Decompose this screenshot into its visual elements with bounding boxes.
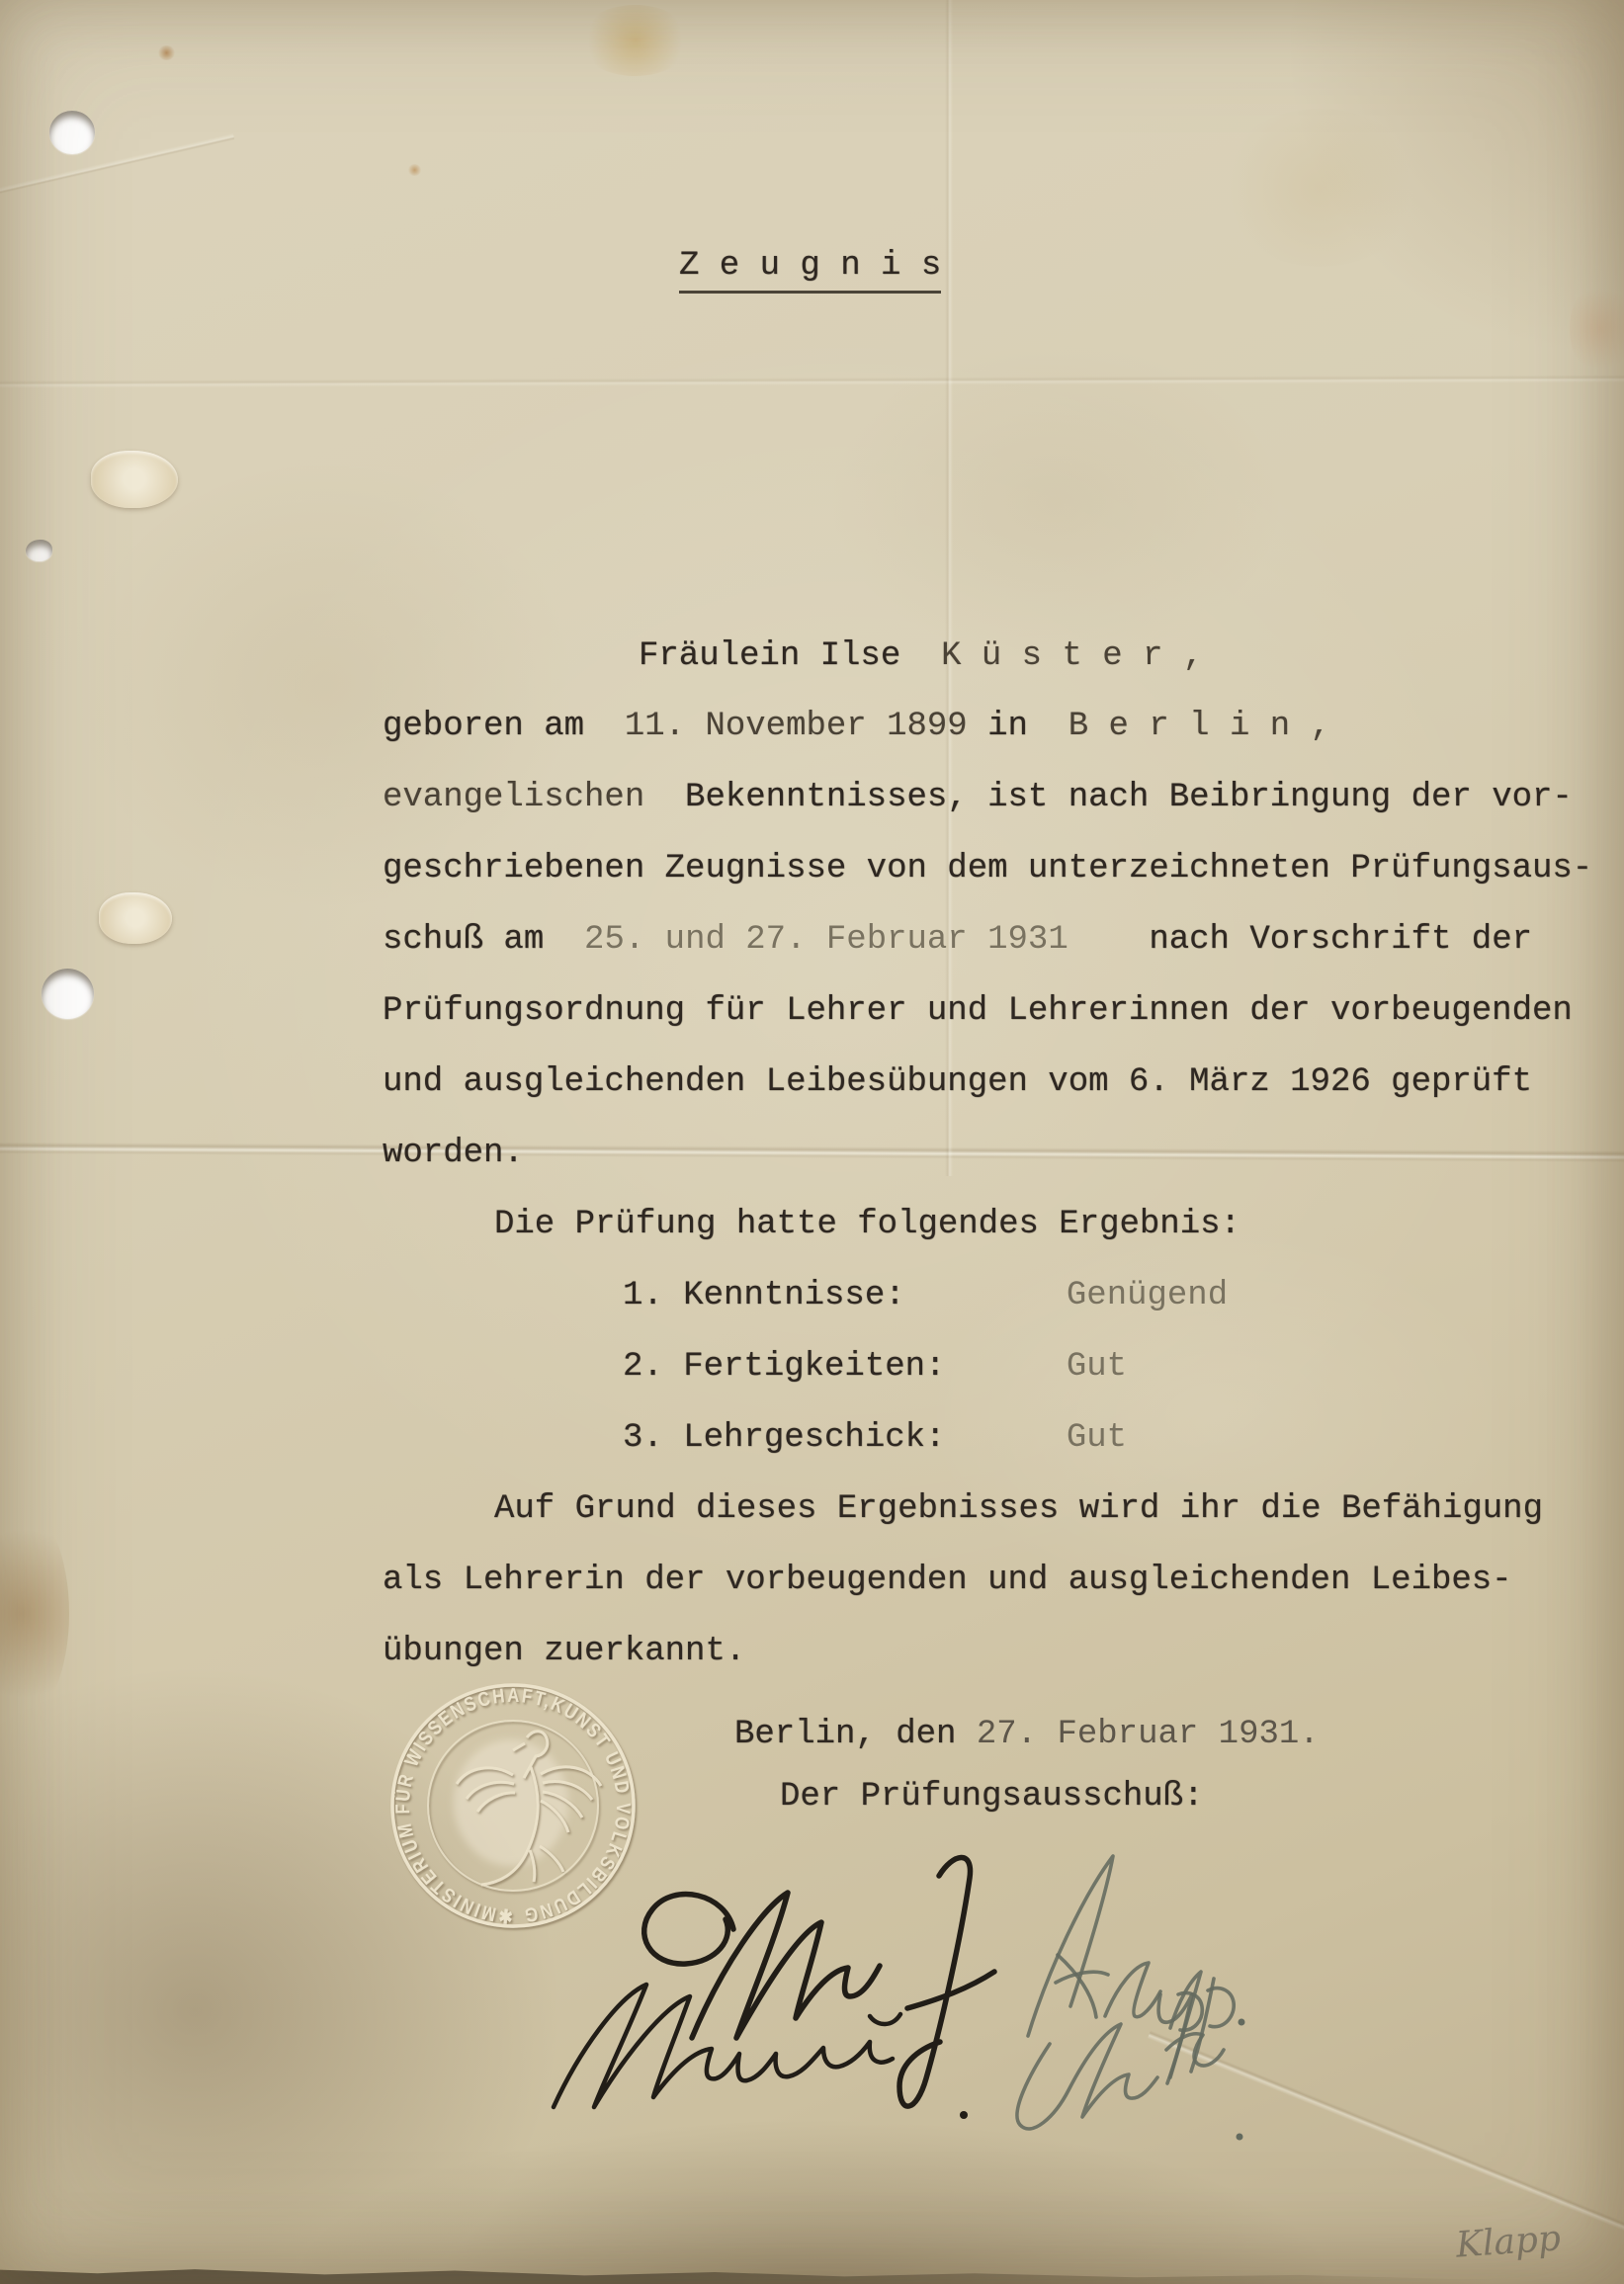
stain-top-center bbox=[578, 5, 692, 76]
result-gap-1 bbox=[905, 1277, 1067, 1314]
result-item-1: 1. Kenntnisse: Genügend bbox=[623, 1277, 1228, 1315]
line-salutation: Fräulein Ilse K ü s t e r , bbox=[639, 637, 1203, 676]
line-confession: evangelischen Bekenntnisses, ist nach Be… bbox=[383, 779, 1573, 817]
conclusion-line-2: als Lehrerin der vorbeugenden und ausgle… bbox=[383, 1562, 1512, 1600]
line-exam-dates: schuß am 25. und 27. Februar 1931 nach V… bbox=[383, 921, 1532, 960]
line-committee: Der Prüfungsausschuß: bbox=[780, 1778, 1203, 1817]
recipient-name: K ü s t e r , bbox=[941, 637, 1203, 675]
result-gap-2 bbox=[945, 1348, 1066, 1386]
birth-mid: in bbox=[968, 708, 1068, 745]
punch-hole-bottom bbox=[42, 969, 94, 1019]
pencil-signatures bbox=[979, 1828, 1275, 2155]
result-label-2: 2. Fertigkeiten: bbox=[623, 1348, 945, 1386]
stain-foxing bbox=[1216, 109, 1423, 267]
result-label-1: 1. Kenntnisse: bbox=[623, 1277, 905, 1314]
surface-damage-2 bbox=[99, 892, 172, 944]
results-heading: Die Prüfung hatte folgendes Ergebnis: bbox=[494, 1206, 1240, 1244]
ink-signature-1 bbox=[644, 1857, 994, 2106]
birth-prefix: geboren am bbox=[383, 708, 625, 745]
place-prefix: Berlin, den bbox=[734, 1716, 977, 1753]
stain-left-edge bbox=[0, 1507, 69, 1720]
edge-tear-hole bbox=[26, 540, 52, 561]
exam-dates-value: 25. und 27. Februar 1931 bbox=[584, 921, 1068, 959]
result-grade-2: Gut bbox=[1067, 1348, 1127, 1386]
result-grade-1: Genügend bbox=[1067, 1277, 1228, 1314]
line-body-6: Prüfungsordnung für Lehrer und Lehrerinn… bbox=[383, 992, 1573, 1031]
confession-rest: Bekenntnisses, ist nach Beibringung der … bbox=[644, 779, 1573, 816]
torn-bottom-edge bbox=[0, 2260, 1624, 2284]
exam-dates-rest: nach Vorschrift der bbox=[1068, 921, 1532, 959]
stain-right-edge bbox=[1570, 282, 1624, 376]
line-birth: geboren am 11. November 1899 in B e r l … bbox=[383, 708, 1330, 746]
result-gap-3 bbox=[945, 1419, 1066, 1457]
conclusion-line-3: übungen zuerkannt. bbox=[383, 1633, 745, 1671]
fold-horizontal-main bbox=[0, 1142, 1624, 1163]
birth-place-value: B e r l i n , bbox=[1068, 708, 1330, 745]
result-label-3: 3. Lehrgeschick: bbox=[623, 1419, 945, 1457]
ink-signature-2 bbox=[554, 1985, 968, 2119]
exam-dates-prefix: schuß am bbox=[383, 921, 584, 959]
fold-diagonal-top-left bbox=[0, 133, 234, 201]
confession-value: evangelischen bbox=[383, 779, 644, 816]
result-item-3: 3. Lehrgeschick: Gut bbox=[623, 1419, 1127, 1458]
result-grade-3: Gut bbox=[1067, 1419, 1127, 1457]
certificate-page: Z e u g n i s Fräulein Ilse K ü s t e r … bbox=[0, 0, 1624, 2284]
line-body-8: worden. bbox=[383, 1135, 524, 1173]
punch-hole-top bbox=[49, 111, 95, 154]
result-item-2: 2. Fertigkeiten: Gut bbox=[623, 1348, 1127, 1387]
line-body-4: geschriebenen Zeugnisse von dem unterzei… bbox=[383, 850, 1592, 888]
conclusion-line-1: Auf Grund dieses Ergebnisses wird ihr di… bbox=[494, 1490, 1543, 1529]
corner-annotation: Klapp bbox=[1455, 2218, 1563, 2265]
birth-date-value: 11. November 1899 bbox=[625, 708, 968, 745]
surface-damage-1 bbox=[91, 451, 178, 508]
document-title: Z e u g n i s bbox=[679, 247, 941, 294]
issue-date-value: 27. Februar 1931. bbox=[977, 1716, 1320, 1753]
stain-dot-2 bbox=[408, 164, 421, 176]
salutation-prefix: Fräulein Ilse bbox=[639, 637, 941, 675]
stain-dot-1 bbox=[158, 45, 175, 60]
line-place-date: Berlin, den 27. Februar 1931. bbox=[734, 1716, 1320, 1754]
fold-horizontal-upper bbox=[0, 375, 1624, 388]
pencil-signature-1 bbox=[1028, 1856, 1245, 2083]
line-body-7: und ausgleichenden Leibesübungen vom 6. … bbox=[383, 1063, 1532, 1102]
